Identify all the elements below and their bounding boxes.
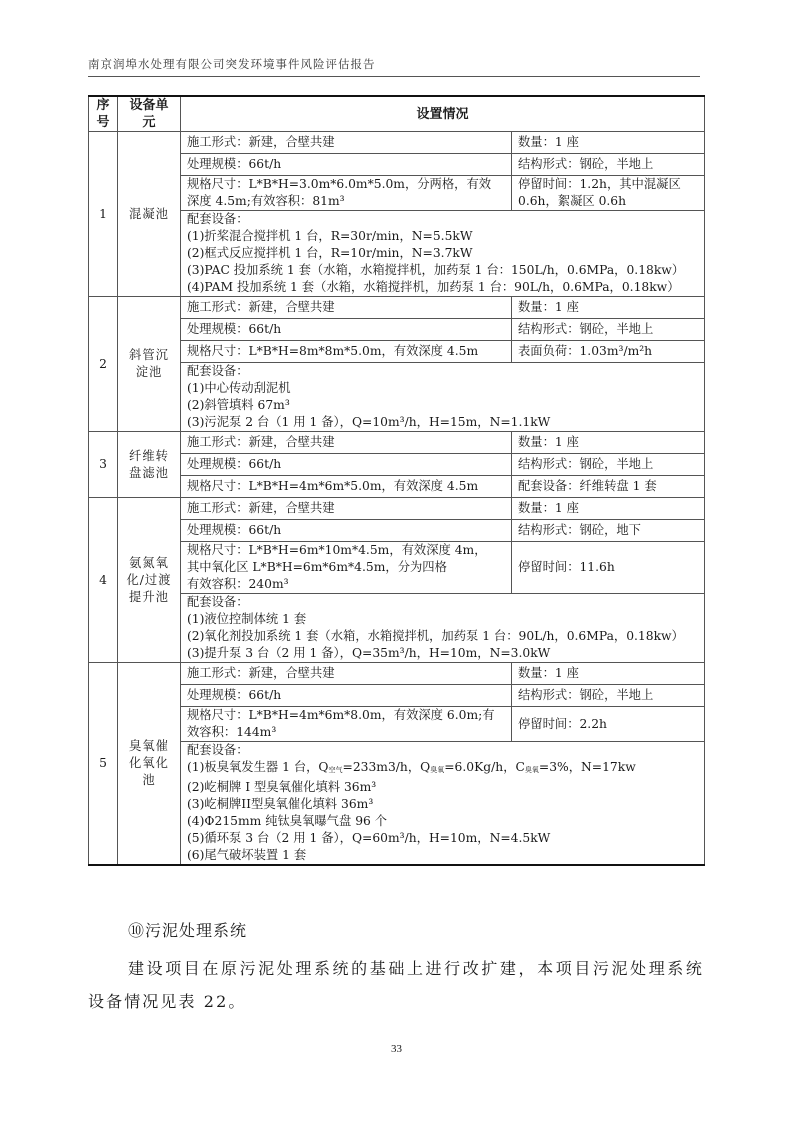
equipment-title: 配套设备： — [187, 594, 698, 611]
subscript-air: 空气 — [329, 766, 343, 774]
dimensions-cell: 规格尺寸：L*B*H=8m*8m*5.0m，有效深度 4.5m — [181, 341, 512, 363]
dimensions-cell: 规格尺寸：L*B*H=6m*10m*4.5m，有效深度 4m， 其中氧化区 L*… — [181, 542, 512, 594]
equipment-item: (2)氧化剂投加系统 1 套（水箱，水箱搅拌机，加药泵 1 台：90L/h，0.… — [187, 628, 698, 645]
equipment-title: 配套设备： — [187, 742, 698, 759]
quantity-cell: 数量：1 座 — [512, 663, 705, 685]
equipment-item: (1)中心传动刮泥机 — [187, 380, 698, 397]
construction-cell: 施工形式：新建，合壁共建 — [181, 132, 512, 154]
construction-cell: 施工形式：新建，合壁共建 — [181, 297, 512, 319]
quantity-cell: 数量：1 座 — [512, 498, 705, 520]
equipment-title: 配套设备： — [187, 363, 698, 380]
retention-line: 停留时间：1.2h，其中混凝区 — [518, 176, 698, 193]
table-row: 5 臭氧催化氧化池 施工形式：新建，合壁共建 数量：1 座 — [89, 663, 705, 685]
equipment-item: (1)液位控制体统 1 套 — [187, 611, 698, 628]
scale-cell: 处理规模：66t/h — [181, 154, 512, 176]
table-row: 1 混凝池 施工形式：新建，合壁共建 数量：1 座 — [89, 132, 705, 154]
row-seq: 2 — [89, 297, 118, 432]
retention-cell: 停留时间：2.2h — [512, 707, 705, 742]
ozone-mid2: =6.0Kg/h，C — [444, 760, 525, 774]
equipment-summary-cell: 配套设备：纤维转盘 1 套 — [512, 476, 705, 498]
equipment-cell: 配套设备： (1)板臭氧发生器 1 台，Q空气=233m3/h，Q臭氧=6.0K… — [181, 742, 705, 866]
equipment-item: (6)尾气破坏装置 1 套 — [187, 847, 698, 864]
retention-line: 0.6h，絮凝区 0.6h — [518, 193, 698, 210]
equipment-cell: 配套设备： (1)中心传动刮泥机 (2)斜管填料 67m³ (3)污泥泵 2 台… — [181, 363, 705, 432]
dimensions-line: 规格尺寸：L*B*H=3.0m*6.0m*5.0m，分两格，有效 — [187, 176, 505, 193]
table-row: 3 纤维转盘滤池 施工形式：新建，合壁共建 数量：1 座 — [89, 432, 705, 454]
equipment-item: (2)斜管填料 67m³ — [187, 397, 698, 414]
header-settings: 设置情况 — [181, 96, 705, 132]
structure-cell: 结构形式：钢砼，地下 — [512, 520, 705, 542]
row-unit: 氨氮氧化/过渡提升池 — [118, 498, 181, 663]
construction-cell: 施工形式：新建，合壁共建 — [181, 432, 512, 454]
equipment-cell: 配套设备： (1)液位控制体统 1 套 (2)氧化剂投加系统 1 套（水箱，水箱… — [181, 594, 705, 663]
quantity-cell: 数量：1 座 — [512, 432, 705, 454]
construction-cell: 施工形式：新建，合壁共建 — [181, 498, 512, 520]
equipment-item-ozone-generator: (1)板臭氧发生器 1 台，Q空气=233m3/h，Q臭氧=6.0Kg/h，C臭… — [187, 759, 698, 779]
row-seq: 5 — [89, 663, 118, 866]
dimensions-line: 规格尺寸：L*B*H=4m*6m*8.0m，有效深度 6.0m;有 — [187, 707, 505, 724]
equipment-item: (3)屹桐牌II型臭氧催化填料 36m³ — [187, 796, 698, 813]
equipment-item: (4)PAM 投加系统 1 套（水箱，水箱搅拌机，加药泵 1 台：90L/h，0… — [187, 279, 698, 296]
surface-load-cell: 表面负荷：1.03m³/m²h — [512, 341, 705, 363]
structure-cell: 结构形式：钢砼，半地上 — [512, 454, 705, 476]
quantity-cell: 数量：1 座 — [512, 132, 705, 154]
scale-cell: 处理规模：66t/h — [181, 319, 512, 341]
equipment-item: (3)PAC 投加系统 1 套（水箱，水箱搅拌机，加药泵 1 台：150L/h，… — [187, 262, 698, 279]
page-number: 33 — [0, 1043, 793, 1055]
dimensions-line: 规格尺寸：L*B*H=6m*10m*4.5m，有效深度 4m， — [187, 542, 505, 559]
structure-cell: 结构形式：钢砼，半地上 — [512, 319, 705, 341]
row-seq: 4 — [89, 498, 118, 663]
equipment-item: (4)Φ215mm 纯钛臭氧曝气盘 96 个 — [187, 813, 698, 830]
equipment-cell: 配套设备： (1)折桨混合搅拌机 1 台，R=30r/min，N=5.5kW (… — [181, 211, 705, 297]
header-seq: 序号 — [89, 96, 118, 132]
ozone-suffix: =3%，N=17kw — [539, 760, 636, 774]
table-row: 4 氨氮氧化/过渡提升池 施工形式：新建，合壁共建 数量：1 座 — [89, 498, 705, 520]
subscript-ozone: 臭氧 — [525, 766, 539, 774]
equipment-title: 配套设备： — [187, 211, 698, 228]
header-unit: 设备单元 — [118, 96, 181, 132]
retention-cell: 停留时间：11.6h — [512, 542, 705, 594]
ozone-prefix: (1)板臭氧发生器 1 台，Q — [187, 760, 329, 774]
dimensions-cell: 规格尺寸：L*B*H=4m*6m*5.0m，有效深度 4.5m — [181, 476, 512, 498]
dimensions-cell: 规格尺寸：L*B*H=3.0m*6.0m*5.0m，分两格，有效 深度 4.5m… — [181, 176, 512, 211]
scale-cell: 处理规模：66t/h — [181, 454, 512, 476]
equipment-item: (3)污泥泵 2 台（1 用 1 备），Q=10m³/h，H=15m，N=1.1… — [187, 414, 698, 431]
dimensions-line: 深度 4.5m;有效容积：81m³ — [187, 193, 505, 210]
equipment-item: (2)框式反应搅拌机 1 台，R=10r/min，N=3.7kW — [187, 245, 698, 262]
equipment-item: (1)折桨混合搅拌机 1 台，R=30r/min，N=5.5kW — [187, 228, 698, 245]
dimensions-line: 其中氧化区 L*B*H=6m*6m*4.5m，分为四格 — [187, 559, 505, 576]
row-unit: 纤维转盘滤池 — [118, 432, 181, 498]
running-header: 南京润埠水处理有限公司突发环境事件风险评估报告 — [88, 56, 700, 77]
table-row: 2 斜管沉淀池 施工形式：新建，合壁共建 数量：1 座 — [89, 297, 705, 319]
scale-cell: 处理规模：66t/h — [181, 520, 512, 542]
section-title: ⑩污泥处理系统 — [128, 918, 247, 941]
row-unit: 混凝池 — [118, 132, 181, 297]
row-unit: 臭氧催化氧化池 — [118, 663, 181, 866]
row-seq: 3 — [89, 432, 118, 498]
subscript-ozone: 臭氧 — [430, 766, 444, 774]
equipment-item: (3)提升泵 3 台（2 用 1 备），Q=35m³/h，H=10m，N=3.0… — [187, 645, 698, 662]
structure-cell: 结构形式：钢砼，半地上 — [512, 685, 705, 707]
table-header-row: 序号 设备单元 设置情况 — [89, 96, 705, 132]
equipment-table: 序号 设备单元 设置情况 1 混凝池 施工形式：新建，合壁共建 数量：1 座 处… — [88, 95, 705, 866]
ozone-mid1: =233m3/h，Q — [343, 760, 431, 774]
dimensions-line: 效容积：144m³ — [187, 724, 505, 741]
equipment-item: (2)屹桐牌 I 型臭氧催化填料 36m³ — [187, 779, 698, 796]
row-unit: 斜管沉淀池 — [118, 297, 181, 432]
body-paragraph: 建设项目在原污泥处理系统的基础上进行改扩建，本项目污泥处理系统设备情况见表 22… — [88, 952, 704, 1018]
row-seq: 1 — [89, 132, 118, 297]
retention-cell: 停留时间：1.2h，其中混凝区 0.6h，絮凝区 0.6h — [512, 176, 705, 211]
structure-cell: 结构形式：钢砼，半地上 — [512, 154, 705, 176]
dimensions-cell: 规格尺寸：L*B*H=4m*6m*8.0m，有效深度 6.0m;有 效容积：14… — [181, 707, 512, 742]
construction-cell: 施工形式：新建，合壁共建 — [181, 663, 512, 685]
scale-cell: 处理规模：66t/h — [181, 685, 512, 707]
equipment-item: (5)循环泵 3 台（2 用 1 备），Q=60m³/h，H=10m，N=4.5… — [187, 830, 698, 847]
quantity-cell: 数量：1 座 — [512, 297, 705, 319]
dimensions-line: 有效容积：240m³ — [187, 576, 505, 593]
